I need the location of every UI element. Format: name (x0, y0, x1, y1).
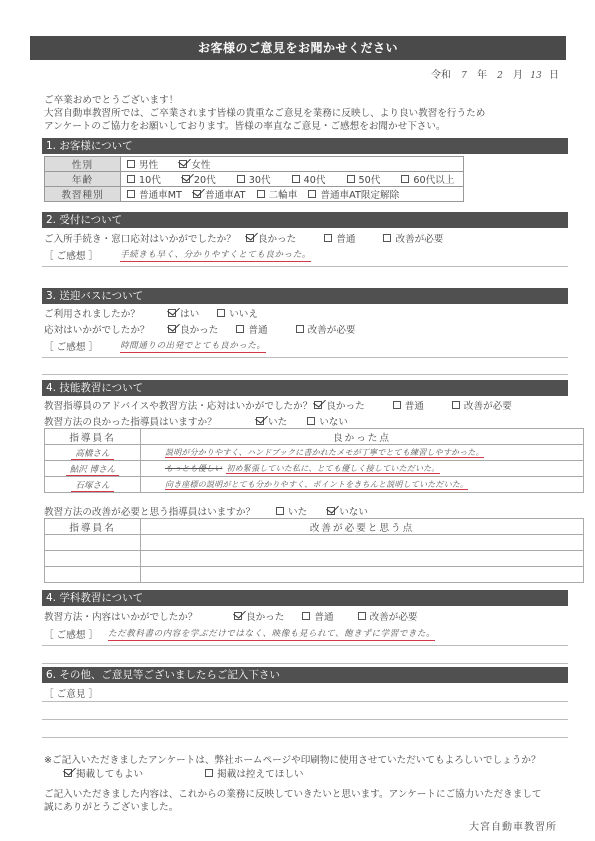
option-label: 改善が必要 (464, 398, 512, 412)
good-point-field[interactable]: 向き座標の説明がとても分かりやすく、ポイントをきちんと説明していただいた。 (165, 480, 468, 490)
reception-average-option[interactable]: 普通 (324, 231, 355, 245)
section-header-reception: 2. 受付について (42, 212, 568, 228)
gender-female-option[interactable]: 女性 (179, 157, 210, 171)
checked-checkbox-icon[interactable] (168, 309, 176, 317)
table-row (45, 567, 584, 583)
checkbox-icon[interactable] (236, 325, 244, 333)
comment-label: ［ ご意見 ］ (44, 686, 98, 700)
classroom-needs-improvement-option[interactable]: 改善が必要 (358, 609, 418, 623)
school-name: 大宮自動車教習所 (469, 818, 557, 833)
col-good-point: 良かった点 (141, 429, 584, 445)
section-header-customer: 1. お客様について (42, 138, 568, 154)
reception-comment-field[interactable]: 手続きも早く、分かりやすくとても良かった。 (120, 248, 311, 262)
checkbox-icon[interactable] (307, 417, 315, 425)
option-label: 改善が必要 (308, 322, 356, 336)
instructor-rating-row: 教習指導員のアドバイスや教習方法・応対はいかがでしたか？ 良かった 普通 改善が… (44, 398, 530, 412)
option-label: 普通車MT (139, 187, 182, 201)
good-instructor-question: 教習方法の良かった指導員はいますか？ (44, 414, 256, 428)
publish-options: 掲載してもよい 掲載は控えてほしい (64, 766, 322, 780)
age-50s-option[interactable]: 50代 (347, 172, 381, 186)
option-label: 普通車AT (205, 187, 245, 201)
comment-label: ［ ご感想 ］ (44, 627, 98, 641)
date-day-field[interactable]: 13 (529, 71, 543, 81)
checked-checkbox-icon[interactable] (246, 234, 254, 242)
bus-usage-row: ご利用されましたか？ はい いいえ (44, 306, 276, 320)
option-label: 10代 (139, 172, 161, 186)
checkbox-icon[interactable] (347, 175, 355, 183)
classroom-average-option[interactable]: 普通 (302, 609, 333, 623)
option-label: はい (180, 306, 199, 320)
checked-checkbox-icon[interactable] (168, 325, 176, 333)
other-comment-line-2[interactable] (42, 719, 568, 720)
option-label: 60代以上 (413, 172, 454, 186)
bad-instructor-yes-option[interactable]: いた (276, 504, 307, 518)
option-label: いいえ (229, 306, 258, 320)
checked-checkbox-icon[interactable] (314, 401, 322, 409)
publish-allow-option[interactable]: 掲載してもよい (64, 766, 143, 780)
classroom-question: 教習方法・内容はいかがでしたか？ (44, 609, 234, 623)
date-month-field[interactable]: 2 (493, 71, 507, 81)
bus-good-option[interactable]: 良かった (168, 322, 218, 336)
form-title: お客様のご意見をお聞かせください (30, 36, 566, 60)
checked-checkbox-icon[interactable] (179, 160, 187, 168)
checkbox-icon[interactable] (276, 507, 284, 515)
reception-needs-improvement-option[interactable]: 改善が必要 (383, 231, 443, 245)
checked-checkbox-icon[interactable] (256, 417, 264, 425)
option-label: 20代 (194, 172, 216, 186)
age-label: 年齢 (45, 172, 121, 187)
divider (42, 663, 568, 664)
option-label: 改善が必要 (370, 609, 418, 623)
gender-row: 性別 男性 女性 (45, 157, 464, 172)
good-point-field[interactable]: 説明が分かりやすく、ハンドブックに書かれたメモが丁寧でとても練習しやすかった。 (165, 448, 484, 458)
checkbox-icon[interactable] (302, 612, 310, 620)
option-label: 40代 (304, 172, 326, 186)
option-label: 掲載は控えてほしい (217, 766, 303, 780)
checked-checkbox-icon[interactable] (327, 507, 335, 515)
option-label: いた (288, 504, 307, 518)
col-instructor-name: 指導員名 (45, 429, 141, 445)
col-improvement-point: 改善が必要と思う点 (141, 519, 584, 535)
bad-instructor-table: 指導員名 改善が必要と思う点 (44, 518, 584, 583)
option-label: 女性 (191, 157, 210, 171)
option-label: 良かった (258, 231, 296, 245)
intro-text: ご卒業おめでとうございます！ 大宮自動車教習所では、ご卒業されます皆様の貴重なご… (44, 94, 574, 133)
table-row: 石塚さん 向き座標の説明がとても分かりやすく、ポイントをきちんと説明していただい… (45, 477, 584, 493)
bus-comment-field[interactable]: 時間通りの出発でとても良かった。 (120, 339, 266, 353)
option-label: 良かった (326, 398, 364, 412)
good-instructor-row: 教習方法の良かった指導員はいますか？ いた いない (44, 414, 366, 428)
table-header-row: 指導員名 良かった点 (45, 429, 584, 445)
reception-question: ご入所手続き・窓口応対はいかがでしたか？ (44, 231, 236, 245)
instructor-name-field[interactable]: 高橋さん (71, 449, 113, 460)
checkbox-icon[interactable] (308, 190, 316, 198)
table-header-row: 指導員名 改善が必要と思う点 (45, 519, 584, 535)
closing-text: ご記入いただきました内容は、これからの業務に反映していきたいと思います。アンケー… (44, 788, 584, 814)
customer-info-table: 性別 男性 女性 年齢 10代 20代 30代 40代 50代 60代以上 教習… (44, 156, 464, 202)
checked-checkbox-icon[interactable] (234, 612, 242, 620)
reception-question-row: ご入所手続き・窓口応対はいかがでしたか？ 良かった 普通 改善が必要 (44, 231, 461, 245)
checkbox-icon[interactable] (257, 190, 265, 198)
option-label: 普通 (314, 609, 333, 623)
option-label: いない (319, 414, 348, 428)
good-point-text: 初め緊張していた私に、とても優しく接していただいた。 (226, 464, 439, 474)
checked-checkbox-icon[interactable] (193, 190, 201, 198)
age-60s-plus-option[interactable]: 60代以上 (401, 172, 454, 186)
option-label: 改善が必要 (395, 231, 443, 245)
publish-question: ※ご記入いただきましたアンケートは、弊社ホームページや印刷物に使用させていただい… (44, 752, 541, 766)
classroom-comment-row: ［ ご感想 ］ ただ教科書の内容を学ぶだけではなく、映像も見られて、飽きずに学習… (44, 627, 435, 641)
intro-line-2: 大宮自動車教習所では、ご卒業されます皆様の貴重なご意見を業務に反映し、より良い教… (44, 107, 574, 120)
checkbox-icon[interactable] (205, 769, 213, 777)
checkbox-icon[interactable] (401, 175, 409, 183)
checkbox-icon[interactable] (393, 401, 401, 409)
improvement-point-field[interactable] (141, 535, 584, 551)
table-row (45, 535, 584, 551)
improvement-point-field[interactable] (141, 567, 584, 583)
bus-service-row: 応対はいかがでしたか？ 良かった 普通 改善が必要 (44, 322, 374, 336)
age-10s-option[interactable]: 10代 (127, 172, 161, 186)
date-year-unit: 年 (477, 66, 487, 81)
age-20s-option[interactable]: 20代 (182, 172, 216, 186)
section-header-shuttle-bus: 3. 送迎バスについて (42, 288, 568, 304)
date-era: 令和 (431, 66, 451, 81)
reception-good-option[interactable]: 良かった (246, 231, 296, 245)
bus-needs-improvement-option[interactable]: 改善が必要 (296, 322, 356, 336)
age-30s-option[interactable]: 30代 (237, 172, 271, 186)
good-instructor-yes-option[interactable]: いた (256, 414, 287, 428)
checkbox-icon[interactable] (324, 234, 332, 242)
checkbox-icon[interactable] (452, 401, 460, 409)
good-instructor-table: 指導員名 良かった点 高橋さん 説明が分かりやすく、ハンドブックに書かれたメモが… (44, 428, 584, 493)
bad-instructor-row: 教習方法の改善が必要と思う指導員はいますか？ いた いない (44, 504, 386, 518)
age-40s-option[interactable]: 40代 (292, 172, 326, 186)
comment-label: ［ ご感想 ］ (44, 248, 98, 262)
instructor-needs-improvement-option[interactable]: 改善が必要 (452, 398, 512, 412)
option-label: いない (339, 504, 368, 518)
struck-text: もっとも優しい (165, 464, 222, 473)
option-label: 男性 (139, 157, 158, 171)
bus-usage-yes-option[interactable]: はい (168, 306, 199, 320)
instructor-name-field[interactable] (45, 551, 141, 567)
checked-checkbox-icon[interactable] (64, 769, 72, 777)
other-comment-row: ［ ご意見 ］ (44, 686, 98, 700)
good-point-field[interactable]: もっとも優しい初め緊張していた私に、とても優しく接していただいた。 (165, 464, 440, 473)
good-instructor-no-option[interactable]: いない (307, 414, 348, 428)
reception-comment-row: ［ ご感想 ］ 手続きも早く、分かりやすくとても良かった。 (44, 248, 311, 262)
checkbox-icon[interactable] (127, 175, 135, 183)
table-row (45, 551, 584, 567)
gender-male-option[interactable]: 男性 (127, 157, 158, 171)
option-label: 普通車AT限定解除 (320, 187, 399, 201)
divider (42, 645, 568, 646)
bus-service-question: 応対はいかがでしたか？ (44, 322, 168, 336)
gender-label: 性別 (45, 157, 121, 172)
section-header-driving-lessons: 4. 技能教習について (42, 380, 568, 396)
date-year-field[interactable]: 7 (457, 71, 471, 81)
bad-instructor-question: 教習方法の改善が必要と思う指導員はいますか？ (44, 504, 276, 518)
option-label: 掲載してもよい (76, 766, 143, 780)
option-label: いた (268, 414, 287, 428)
bad-instructor-no-option[interactable]: いない (327, 504, 368, 518)
bus-comment-row: ［ ご感想 ］ 時間通りの出発でとても良かった。 (44, 339, 266, 353)
section-header-other: 6. その他、ご意見等ございましたらご記入下さい (42, 667, 568, 683)
course-mt-option[interactable]: 普通車MT (127, 187, 182, 201)
course-type-row: 教習種別 普通車MT 普通車AT 二輪車 普通車AT限定解除 (45, 187, 464, 202)
date-month-unit: 月 (513, 66, 523, 81)
improvement-point-field[interactable] (141, 551, 584, 567)
bus-usage-no-option[interactable]: いいえ (217, 306, 258, 320)
bus-average-option[interactable]: 普通 (236, 322, 267, 336)
survey-form: お客様のご意見をお聞かせください 令和 7 年 2 月 13 日 ご卒業おめでと… (0, 0, 595, 841)
classroom-question-row: 教習方法・内容はいかがでしたか？ 良かった 普通 改善が必要 (44, 609, 436, 623)
checkbox-icon[interactable] (127, 160, 135, 168)
intro-line-1: ご卒業おめでとうございます！ (44, 94, 574, 107)
option-label: 普通 (405, 398, 424, 412)
checked-checkbox-icon[interactable] (182, 175, 190, 183)
instructor-name-field[interactable]: 石塚さん (71, 481, 113, 492)
checkbox-icon[interactable] (237, 175, 245, 183)
course-motorcycle-option[interactable]: 二輪車 (257, 187, 298, 201)
instructor-rating-question: 教習指導員のアドバイスや教習方法・応対はいかがでしたか？ (44, 398, 312, 412)
other-comment-line-3[interactable] (42, 737, 568, 738)
other-comment-line-1[interactable] (42, 701, 568, 702)
divider (42, 357, 568, 358)
option-label: 二輪車 (269, 187, 298, 201)
instructor-name-field[interactable]: 鮎沢 博さん (66, 465, 120, 476)
course-type-label: 教習種別 (45, 187, 121, 202)
checkbox-icon[interactable] (217, 309, 225, 317)
option-label: 良かった (246, 609, 284, 623)
instructor-good-option[interactable]: 良かった (314, 398, 364, 412)
table-row: 高橋さん 説明が分かりやすく、ハンドブックに書かれたメモが丁寧でとても練習しやす… (45, 445, 584, 461)
col-instructor-name: 指導員名 (45, 519, 141, 535)
divider (42, 374, 568, 375)
closing-line-1: ご記入いただきました内容は、これからの業務に反映していきたいと思います。アンケー… (44, 788, 584, 801)
option-label: 良かった (180, 322, 218, 336)
classroom-good-option[interactable]: 良かった (234, 609, 284, 623)
course-at-option[interactable]: 普通車AT (193, 187, 245, 201)
instructor-average-option[interactable]: 普通 (393, 398, 424, 412)
intro-line-3: アンケートのご協力をお願いしております。皆様の率直なご意見・ご感想をお聞かせ下さ… (44, 120, 574, 133)
option-label: 30代 (249, 172, 271, 186)
checkbox-icon[interactable] (127, 190, 135, 198)
option-label: 普通 (336, 231, 355, 245)
age-row: 年齢 10代 20代 30代 40代 50代 60代以上 (45, 172, 464, 187)
table-row: 鮎沢 博さん もっとも優しい初め緊張していた私に、とても優しく接していただいた。 (45, 461, 584, 477)
classroom-comment-field[interactable]: ただ教科書の内容を学ぶだけではなく、映像も見られて、飽きずに学習できた。 (108, 627, 435, 641)
publish-decline-option[interactable]: 掲載は控えてほしい (205, 766, 303, 780)
checkbox-icon[interactable] (292, 175, 300, 183)
option-label: 50代 (359, 172, 381, 186)
comment-label: ［ ご感想 ］ (44, 339, 98, 353)
checkbox-icon[interactable] (358, 612, 366, 620)
checkbox-icon[interactable] (296, 325, 304, 333)
section-header-classroom-lessons: 4. 学科教習について (42, 590, 568, 606)
instructor-name-field[interactable] (45, 535, 141, 551)
closing-line-2: 誠にありがとうございました。 (44, 801, 584, 814)
bus-usage-question: ご利用されましたか？ (44, 306, 168, 320)
course-at-removal-option[interactable]: 普通車AT限定解除 (308, 187, 399, 201)
option-label: 普通 (248, 322, 267, 336)
checkbox-icon[interactable] (383, 234, 391, 242)
date-day-unit: 日 (549, 66, 559, 81)
instructor-name-field[interactable] (45, 567, 141, 583)
date-row: 令和 7 年 2 月 13 日 (431, 66, 559, 81)
divider (42, 266, 568, 267)
